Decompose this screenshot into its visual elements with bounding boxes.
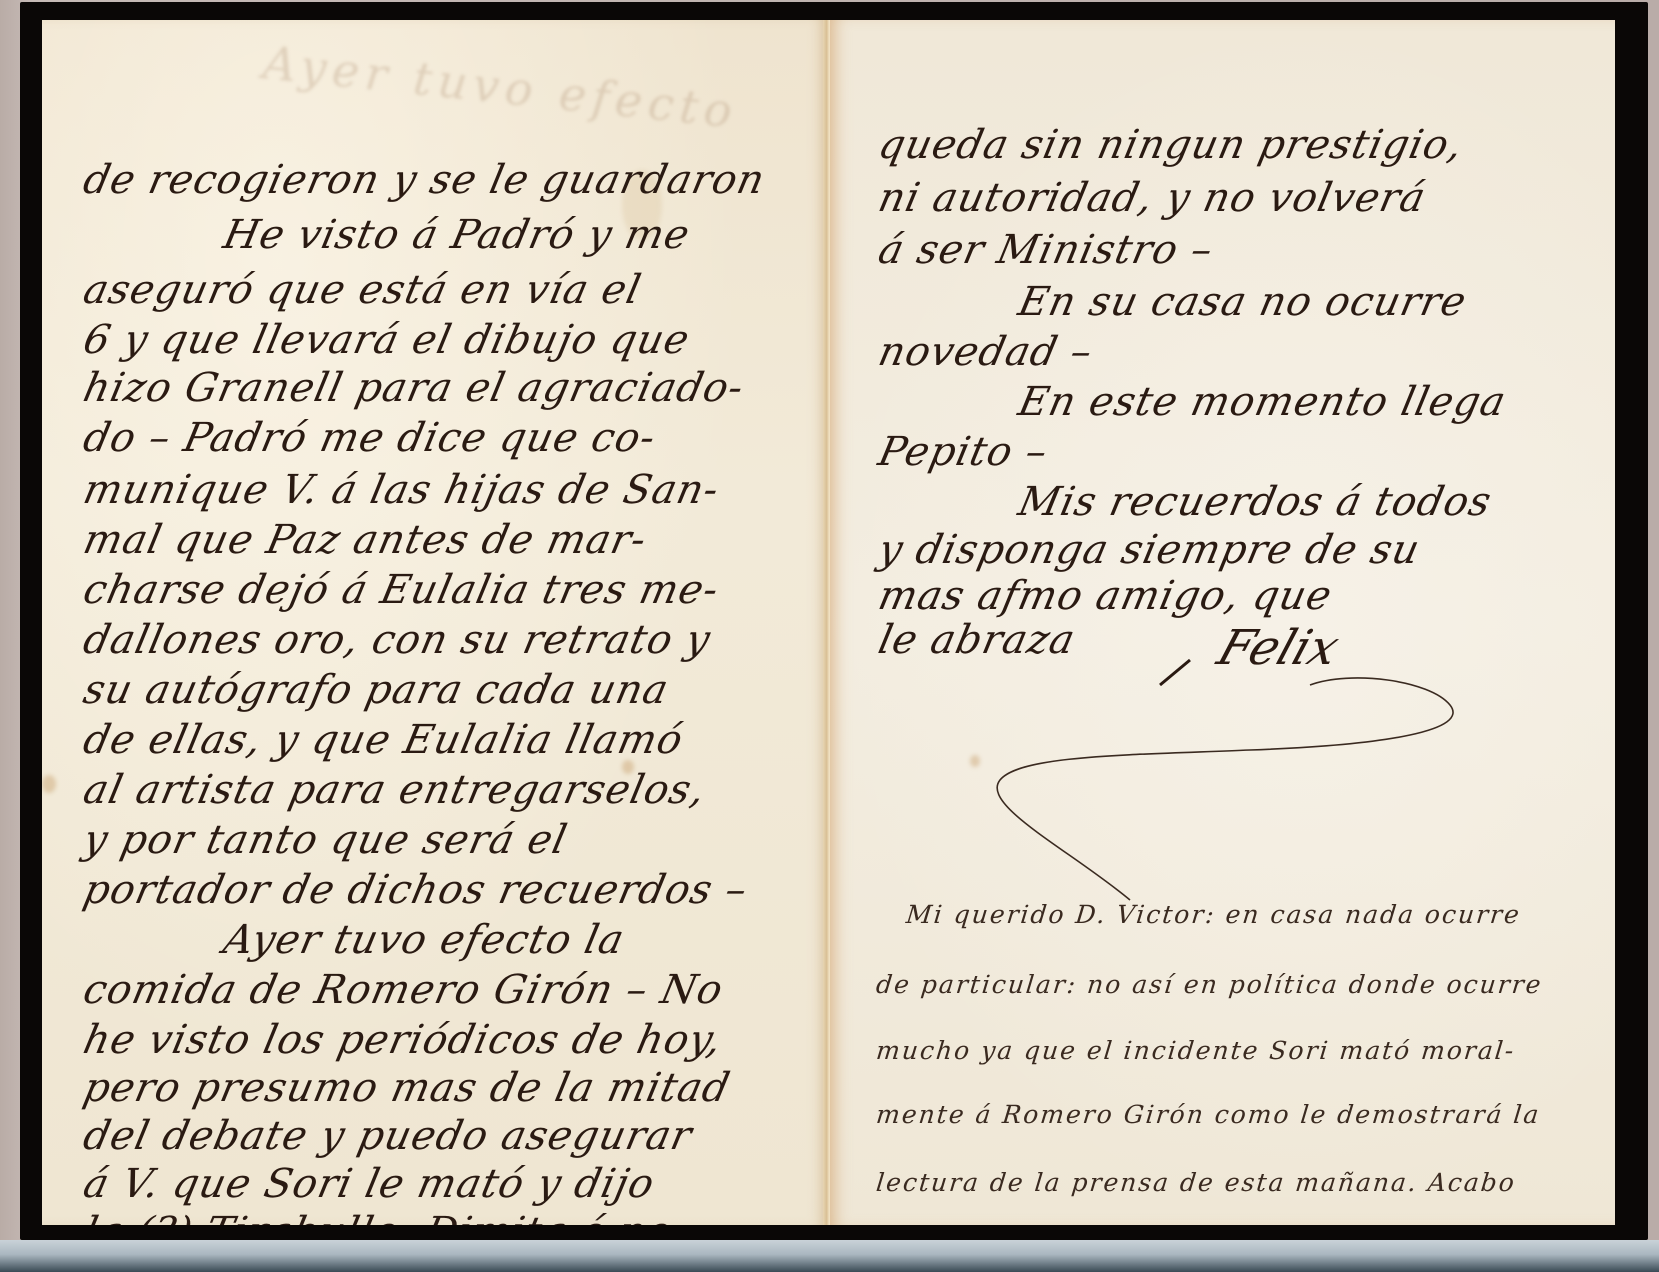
letter-line: del debate y puedo asegurar	[80, 1116, 696, 1156]
postscript-line: lectura de la prensa de esta mañana. Aca…	[875, 1170, 1517, 1195]
letter-line: comida de Romero Girón – No	[80, 970, 727, 1010]
letter-line: pero presumo mas de la mitad	[80, 1068, 734, 1108]
letter-line: Mis recuerdos á todos	[1015, 482, 1495, 522]
letter-line: mal que Paz antes de mar-	[80, 520, 650, 560]
letter-line: dallones oro, con su retrato y	[80, 620, 714, 660]
letter-line: le abraza	[875, 620, 1079, 660]
postscript-line: mucho ya que el incidente Sori mató mora…	[875, 1038, 1517, 1063]
letter-line: hizo Granell para el agraciado-	[80, 368, 748, 408]
foxing-stain	[970, 755, 980, 767]
letter-line: En este momento llega	[1015, 382, 1510, 422]
letter-line: 6 y que llevará el dibujo que	[80, 320, 693, 360]
scanner-edge	[0, 1240, 1659, 1272]
letter-line: la (?) Tirabullo. Dimita ó no,	[80, 1212, 689, 1225]
letter-line: charse dejó á Eulalia tres me-	[80, 570, 723, 610]
letter-line: he visto los periódicos de hoy,	[80, 1020, 726, 1060]
letter-line: novedad –	[875, 332, 1096, 372]
signature: Felix	[1211, 620, 1346, 676]
letter-line: portador de dichos recuerdos –	[80, 870, 751, 910]
letter-line: á V. que Sori le mató y dijo	[80, 1164, 658, 1204]
foxing-stain	[42, 775, 56, 793]
letter-line: de recogieron y se le guardaron	[80, 160, 769, 200]
bleed-through-text: Ayer tuvo efecto	[260, 35, 740, 139]
letter-line: su autógrafo para cada una	[80, 670, 672, 710]
letter-line: munique V. á las hijas de San-	[80, 470, 723, 510]
letter-line: y disponga siempre de su	[875, 530, 1424, 570]
postscript-line: de particular: no así en política donde …	[875, 972, 1544, 997]
letter-line: do – Padró me dice que co-	[80, 418, 659, 458]
letter-line: aseguró que está en vía el	[80, 270, 645, 310]
letter-line: queda sin ningun prestigio,	[875, 125, 1467, 165]
letter-line: En su casa no ocurre	[1015, 282, 1470, 322]
letter-line: de ellas, y que Eulalia llamó	[80, 720, 687, 760]
letter-line: á ser Ministro –	[875, 230, 1217, 270]
letter-line: Pepito –	[875, 432, 1052, 472]
postscript-line: mente á Romero Girón como le demostrará …	[875, 1102, 1542, 1127]
letter-line: Ayer tuvo efecto la	[220, 920, 628, 960]
letter-line: He visto á Padró y me	[220, 215, 694, 255]
postscript-line: Mi querido D. Victor: en casa nada ocurr…	[905, 902, 1522, 927]
letter-page-left: Ayer tuvo efecto de recogieron y se le g…	[42, 20, 825, 1225]
letter-line: al artista para entregarselos,	[80, 770, 709, 810]
letter-line: y por tanto que será el	[80, 820, 571, 860]
letter-line: mas afmo amigo, que	[875, 576, 1336, 616]
letter-line: ni autoridad, y no volverá	[875, 178, 1430, 218]
letter-page-right: queda sin ningun prestigio, ni autoridad…	[830, 20, 1615, 1225]
